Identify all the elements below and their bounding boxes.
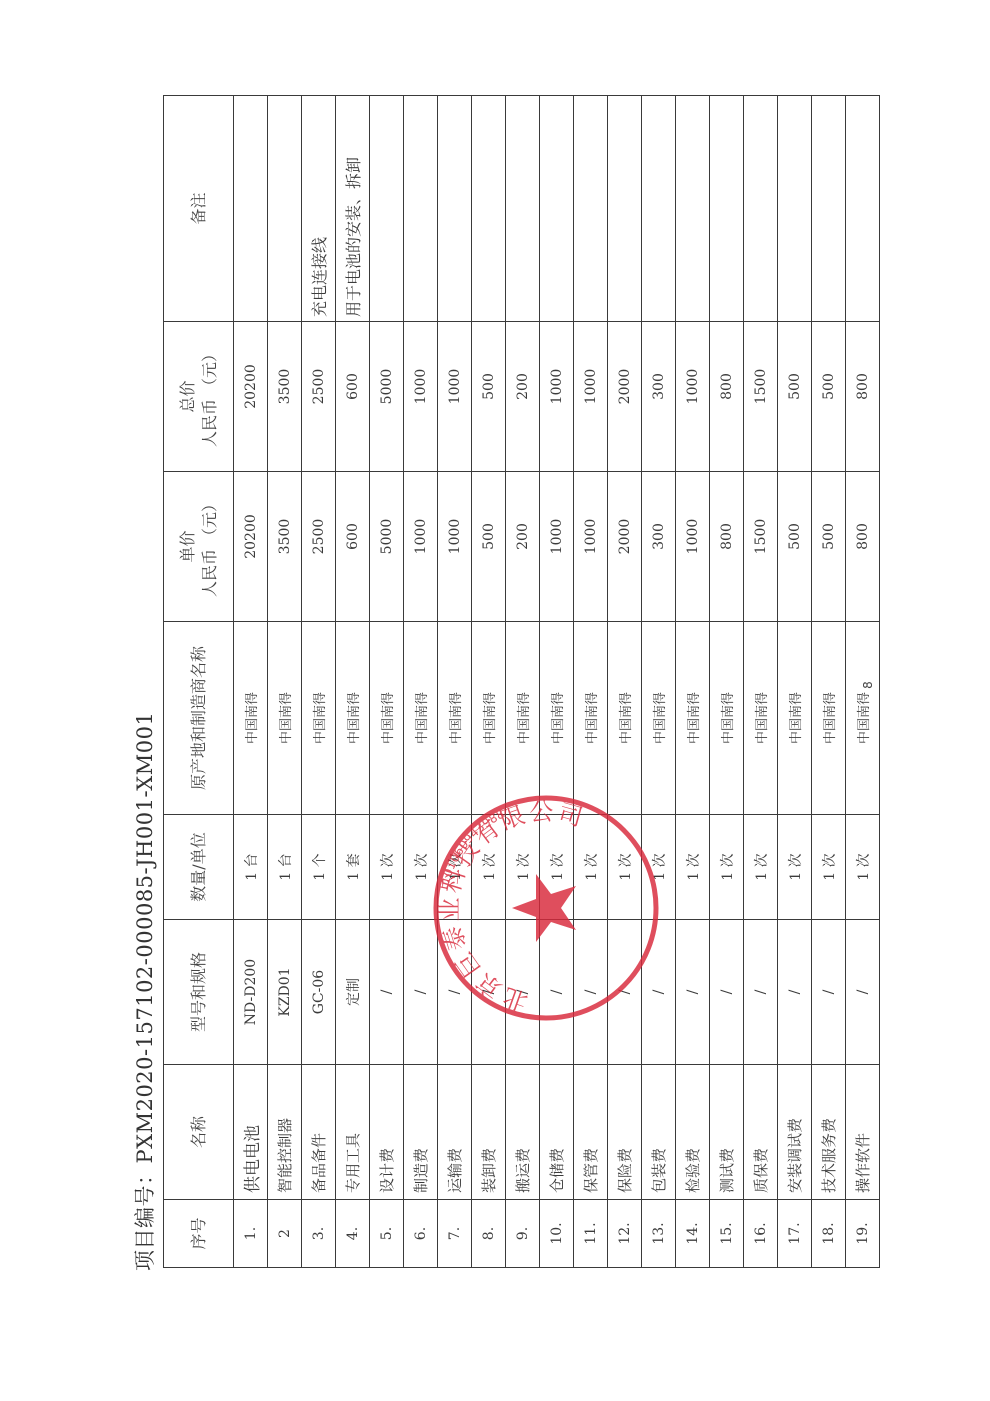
cell-remark: 充电连接线 [302,96,336,322]
cell-qty: 1 次 [812,815,846,920]
cell-model: / [676,920,710,1065]
cell-unit-price: 1000 [540,472,574,622]
table-row: 6.制造费/1 次中国南得10001000 [404,96,438,1268]
table-row: 15.测试费/1 次中国南得800800 [710,96,744,1268]
cell-total-price: 500 [812,322,846,472]
cell-total-price: 1000 [676,322,710,472]
cell-model: / [812,920,846,1065]
cell-name: 智能控制器 [268,1065,302,1200]
cell-name: 测试费 [710,1065,744,1200]
cell-name: 运输费 [438,1065,472,1200]
cell-model: GC-06 [302,920,336,1065]
cell-origin: 中国南得 [608,622,642,815]
cell-qty: 1 次 [574,815,608,920]
cell-total-price: 1500 [744,322,778,472]
cell-qty: 1 次 [370,815,404,920]
table-row: 2智能控制器KZD011 台中国南得35003500 [268,96,302,1268]
cell-total-price: 800 [846,322,880,472]
cell-total-price: 20200 [234,322,268,472]
cell-qty: 1 次 [642,815,676,920]
cell-unit-price: 5000 [370,472,404,622]
cell-model: / [370,920,404,1065]
cell-no: 2 [268,1200,302,1268]
cell-qty: 1 次 [506,815,540,920]
cell-unit-price: 800 [710,472,744,622]
cell-origin: 中国南得 [472,622,506,815]
project-id-line: 项目编号：PXM2020-157102-000085-JH001-XM001 [128,712,162,1271]
cell-remark [710,96,744,322]
cell-total-price: 3500 [268,322,302,472]
header-origin: 原产地和制造商名称 [164,622,234,815]
cell-unit-price: 1500 [744,472,778,622]
table-row: 14.检验费/1 次中国南得10001000 [676,96,710,1268]
cell-origin: 中国南得 [234,622,268,815]
cell-no: 18. [812,1200,846,1268]
cell-total-price: 2500 [302,322,336,472]
cell-total-price: 600 [336,322,370,472]
cell-no: 11. [574,1200,608,1268]
cell-unit-price: 3500 [268,472,302,622]
cell-no: 7. [438,1200,472,1268]
cell-model: / [710,920,744,1065]
table-row: 18.技术服务费/1 次中国南得500500 [812,96,846,1268]
cell-unit-price: 1000 [404,472,438,622]
cell-no: 17. [778,1200,812,1268]
cell-qty: 1 台 [234,815,268,920]
cell-remark: 用于电池的安装、拆卸 [336,96,370,322]
cell-name: 包装费 [642,1065,676,1200]
cell-total-price: 1000 [438,322,472,472]
page-number: 8 [861,681,875,689]
cell-remark [608,96,642,322]
cell-model: / [846,920,880,1065]
cell-total-price: 200 [506,322,540,472]
cell-model: KZD01 [268,920,302,1065]
cell-qty: 1 次 [846,815,880,920]
header-name: 名称 [164,1065,234,1200]
cell-total-price: 5000 [370,322,404,472]
cell-no: 15. [710,1200,744,1268]
cell-name: 保管费 [574,1065,608,1200]
cell-origin: 中国南得 [812,622,846,815]
cell-remark [642,96,676,322]
cell-name: 供电电池 [234,1065,268,1200]
cell-unit-price: 300 [642,472,676,622]
cell-name: 仓储费 [540,1065,574,1200]
cell-unit-price: 20200 [234,472,268,622]
table-row: 10.仓储费/1 次中国南得10001000 [540,96,574,1268]
cell-model: / [540,920,574,1065]
cell-remark [268,96,302,322]
cell-total-price: 500 [472,322,506,472]
cell-name: 安装调试费 [778,1065,812,1200]
cell-name: 备品备件 [302,1065,336,1200]
cell-no: 16. [744,1200,778,1268]
cell-qty: 1 次 [472,815,506,920]
cell-model: / [472,920,506,1065]
cell-remark [574,96,608,322]
cell-origin: 中国南得 [778,622,812,815]
cell-name: 专用工具 [336,1065,370,1200]
cell-qty: 1 次 [608,815,642,920]
cell-qty: 1 次 [778,815,812,920]
price-breakdown-table: 序号 名称 型号和规格 数量/单位 原产地和制造商名称 单价人民币 （元） 总价… [163,95,880,1268]
cell-qty: 1 套 [336,815,370,920]
cell-total-price: 500 [778,322,812,472]
header-remark: 备注 [164,96,234,322]
table-row: 13.包装费/1 次中国南得300300 [642,96,676,1268]
cell-unit-price: 500 [812,472,846,622]
cell-no: 4. [336,1200,370,1268]
cell-origin: 中国南得 [676,622,710,815]
cell-origin: 中国南得 [574,622,608,815]
cell-qty: 1 个 [302,815,336,920]
header-unit-price-line2: 人民币 （元） [199,472,221,621]
cell-model: / [438,920,472,1065]
cell-unit-price: 200 [506,472,540,622]
cell-remark [540,96,574,322]
header-total-price: 总价人民币 （元） [164,322,234,472]
cell-model: / [608,920,642,1065]
cell-model: 定制 [336,920,370,1065]
rotated-landscape-content: 项目编号：PXM2020-157102-000085-JH001-XM001 序… [128,96,898,1268]
cell-qty: 1 次 [540,815,574,920]
cell-no: 8. [472,1200,506,1268]
table-row: 4.专用工具定制1 套中国南得600600用于电池的安装、拆卸 [336,96,370,1268]
table-row: 5.设计费/1 次中国南得50005000 [370,96,404,1268]
cell-remark [404,96,438,322]
cell-unit-price: 1000 [438,472,472,622]
header-total-price-line2: 人民币 （元） [199,322,221,471]
cell-remark [812,96,846,322]
cell-no: 12. [608,1200,642,1268]
cell-no: 5. [370,1200,404,1268]
cell-total-price: 1000 [540,322,574,472]
cell-remark [234,96,268,322]
cell-origin: 中国南得 [302,622,336,815]
cell-total-price: 1000 [574,322,608,472]
cell-unit-price: 2000 [608,472,642,622]
project-id-value: PXM2020-157102-000085-JH001-XM001 [133,712,157,1164]
cell-name: 保险费 [608,1065,642,1200]
cell-origin: 中国南得 [370,622,404,815]
cell-origin: 中国南得 [268,622,302,815]
cell-total-price: 800 [710,322,744,472]
cell-unit-price: 500 [778,472,812,622]
table-row: 1.供电电池ND-D2001 台中国南得2020020200 [234,96,268,1268]
cell-qty: 1 次 [710,815,744,920]
cell-remark [370,96,404,322]
cell-model: / [506,920,540,1065]
cell-remark [472,96,506,322]
table-row: 16.质保费/1 次中国南得15001500 [744,96,778,1268]
table-row: 3.备品备件GC-061 个中国南得25002500充电连接线 [302,96,336,1268]
table-row: 11.保管费/1 次中国南得10001000 [574,96,608,1268]
cell-name: 设计费 [370,1065,404,1200]
cell-total-price: 300 [642,322,676,472]
cell-no: 10. [540,1200,574,1268]
header-model: 型号和规格 [164,920,234,1065]
cell-qty: 1 次 [438,815,472,920]
cell-no: 14. [676,1200,710,1268]
cell-unit-price: 1000 [574,472,608,622]
cell-model: / [574,920,608,1065]
cell-origin: 中国南得 [744,622,778,815]
cell-name: 技术服务费 [812,1065,846,1200]
project-id-label: 项目编号： [133,1164,157,1272]
cell-name: 质保费 [744,1065,778,1200]
cell-name: 检验费 [676,1065,710,1200]
cell-total-price: 1000 [404,322,438,472]
cell-qty: 1 次 [404,815,438,920]
table-row: 12.保险费/1 次中国南得20002000 [608,96,642,1268]
table-row: 7.运输费/1 次中国南得10001000 [438,96,472,1268]
cell-unit-price: 1000 [676,472,710,622]
cell-no: 1. [234,1200,268,1268]
cell-unit-price: 500 [472,472,506,622]
cell-qty: 1 次 [676,815,710,920]
table-body: 1.供电电池ND-D2001 台中国南得20200202002智能控制器KZD0… [234,96,880,1268]
cell-origin: 中国南得 [540,622,574,815]
cell-unit-price: 800 [846,472,880,622]
header-no: 序号 [164,1200,234,1268]
cell-origin: 中国南得 [506,622,540,815]
cell-remark [778,96,812,322]
cell-name: 制造费 [404,1065,438,1200]
header-unit-price: 单价人民币 （元） [164,472,234,622]
cell-model: / [744,920,778,1065]
cell-origin: 中国南得 [642,622,676,815]
cell-no: 6. [404,1200,438,1268]
cell-remark [744,96,778,322]
cell-unit-price: 2500 [302,472,336,622]
cell-name: 操作软件 [846,1065,880,1200]
cell-no: 3. [302,1200,336,1268]
cell-no: 19. [846,1200,880,1268]
table-row: 17.安装调试费/1 次中国南得500500 [778,96,812,1268]
cell-origin: 中国南得 [438,622,472,815]
cell-model: / [778,920,812,1065]
table-header-row: 序号 名称 型号和规格 数量/单位 原产地和制造商名称 单价人民币 （元） 总价… [164,96,234,1268]
cell-model: / [642,920,676,1065]
cell-origin: 中国南得 [336,622,370,815]
header-unit-price-line1: 单价 [177,472,199,621]
cell-origin: 中国南得 [710,622,744,815]
cell-no: 13. [642,1200,676,1268]
cell-name: 装卸费 [472,1065,506,1200]
cell-unit-price: 600 [336,472,370,622]
cell-remark [506,96,540,322]
scanned-page: 项目编号：PXM2020-157102-000085-JH001-XM001 序… [0,0,990,1401]
table-row: 8.装卸费/1 次中国南得500500 [472,96,506,1268]
cell-origin: 中国南得 [846,622,880,815]
cell-model: / [404,920,438,1065]
cell-total-price: 2000 [608,322,642,472]
header-total-price-line1: 总价 [177,322,199,471]
cell-remark [438,96,472,322]
cell-origin: 中国南得 [404,622,438,815]
cell-remark [676,96,710,322]
cell-name: 搬运费 [506,1065,540,1200]
header-qty: 数量/单位 [164,815,234,920]
table-row: 9.搬运费/1 次中国南得200200 [506,96,540,1268]
cell-remark [846,96,880,322]
cell-qty: 1 次 [744,815,778,920]
cell-qty: 1 台 [268,815,302,920]
cell-no: 9. [506,1200,540,1268]
cell-model: ND-D200 [234,920,268,1065]
